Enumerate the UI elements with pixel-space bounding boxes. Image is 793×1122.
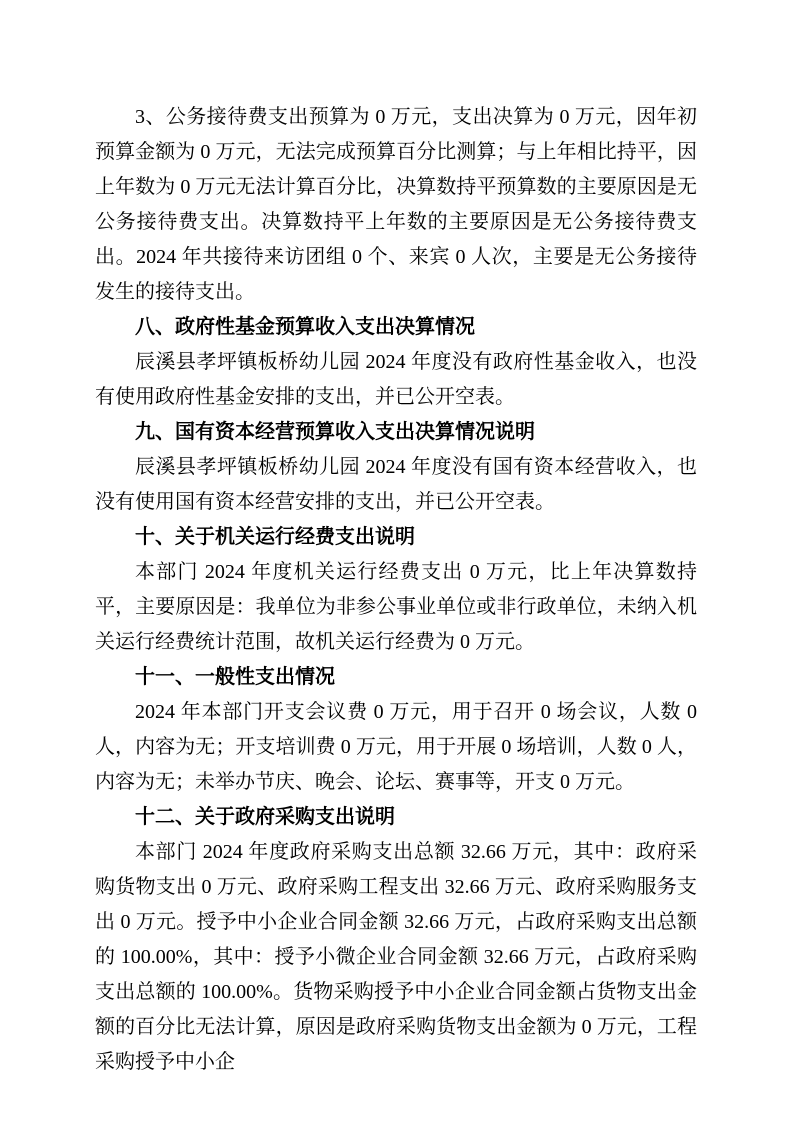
section-heading-12-procurement: 十二、关于政府采购支出说明 [95,800,697,835]
paragraph-general-expense: 2024 年本部门开支会议费 0 万元，用于召开 0 场会议，人数 0 人，内容… [95,695,697,800]
paragraph-official-reception-expense: 3、公务接待费支出预算为 0 万元，支出决算为 0 万元，因年初预算金额为 0 … [95,100,697,310]
paragraph-state-capital: 辰溪县孝坪镇板桥幼儿园 2024 年度没有国有资本经营收入，也没有使用国有资本经… [95,450,697,520]
paragraph-government-fund: 辰溪县孝坪镇板桥幼儿园 2024 年度没有政府性基金收入，也没有使用政府性基金安… [95,345,697,415]
section-heading-9-state-capital: 九、国有资本经营预算收入支出决算情况说明 [95,415,697,450]
section-heading-8-government-fund: 八、政府性基金预算收入支出决算情况 [95,310,697,345]
paragraph-procurement: 本部门 2024 年度政府采购支出总额 32.66 万元，其中：政府采购货物支出… [95,835,697,1080]
section-heading-11-general-expense: 十一、一般性支出情况 [95,660,697,695]
document-page: 3、公务接待费支出预算为 0 万元，支出决算为 0 万元，因年初预算金额为 0 … [0,0,793,1122]
paragraph-operating-funds: 本部门 2024 年度机关运行经费支出 0 万元，比上年决算数持平，主要原因是：… [95,555,697,660]
section-heading-10-operating-funds: 十、关于机关运行经费支出说明 [95,520,697,555]
